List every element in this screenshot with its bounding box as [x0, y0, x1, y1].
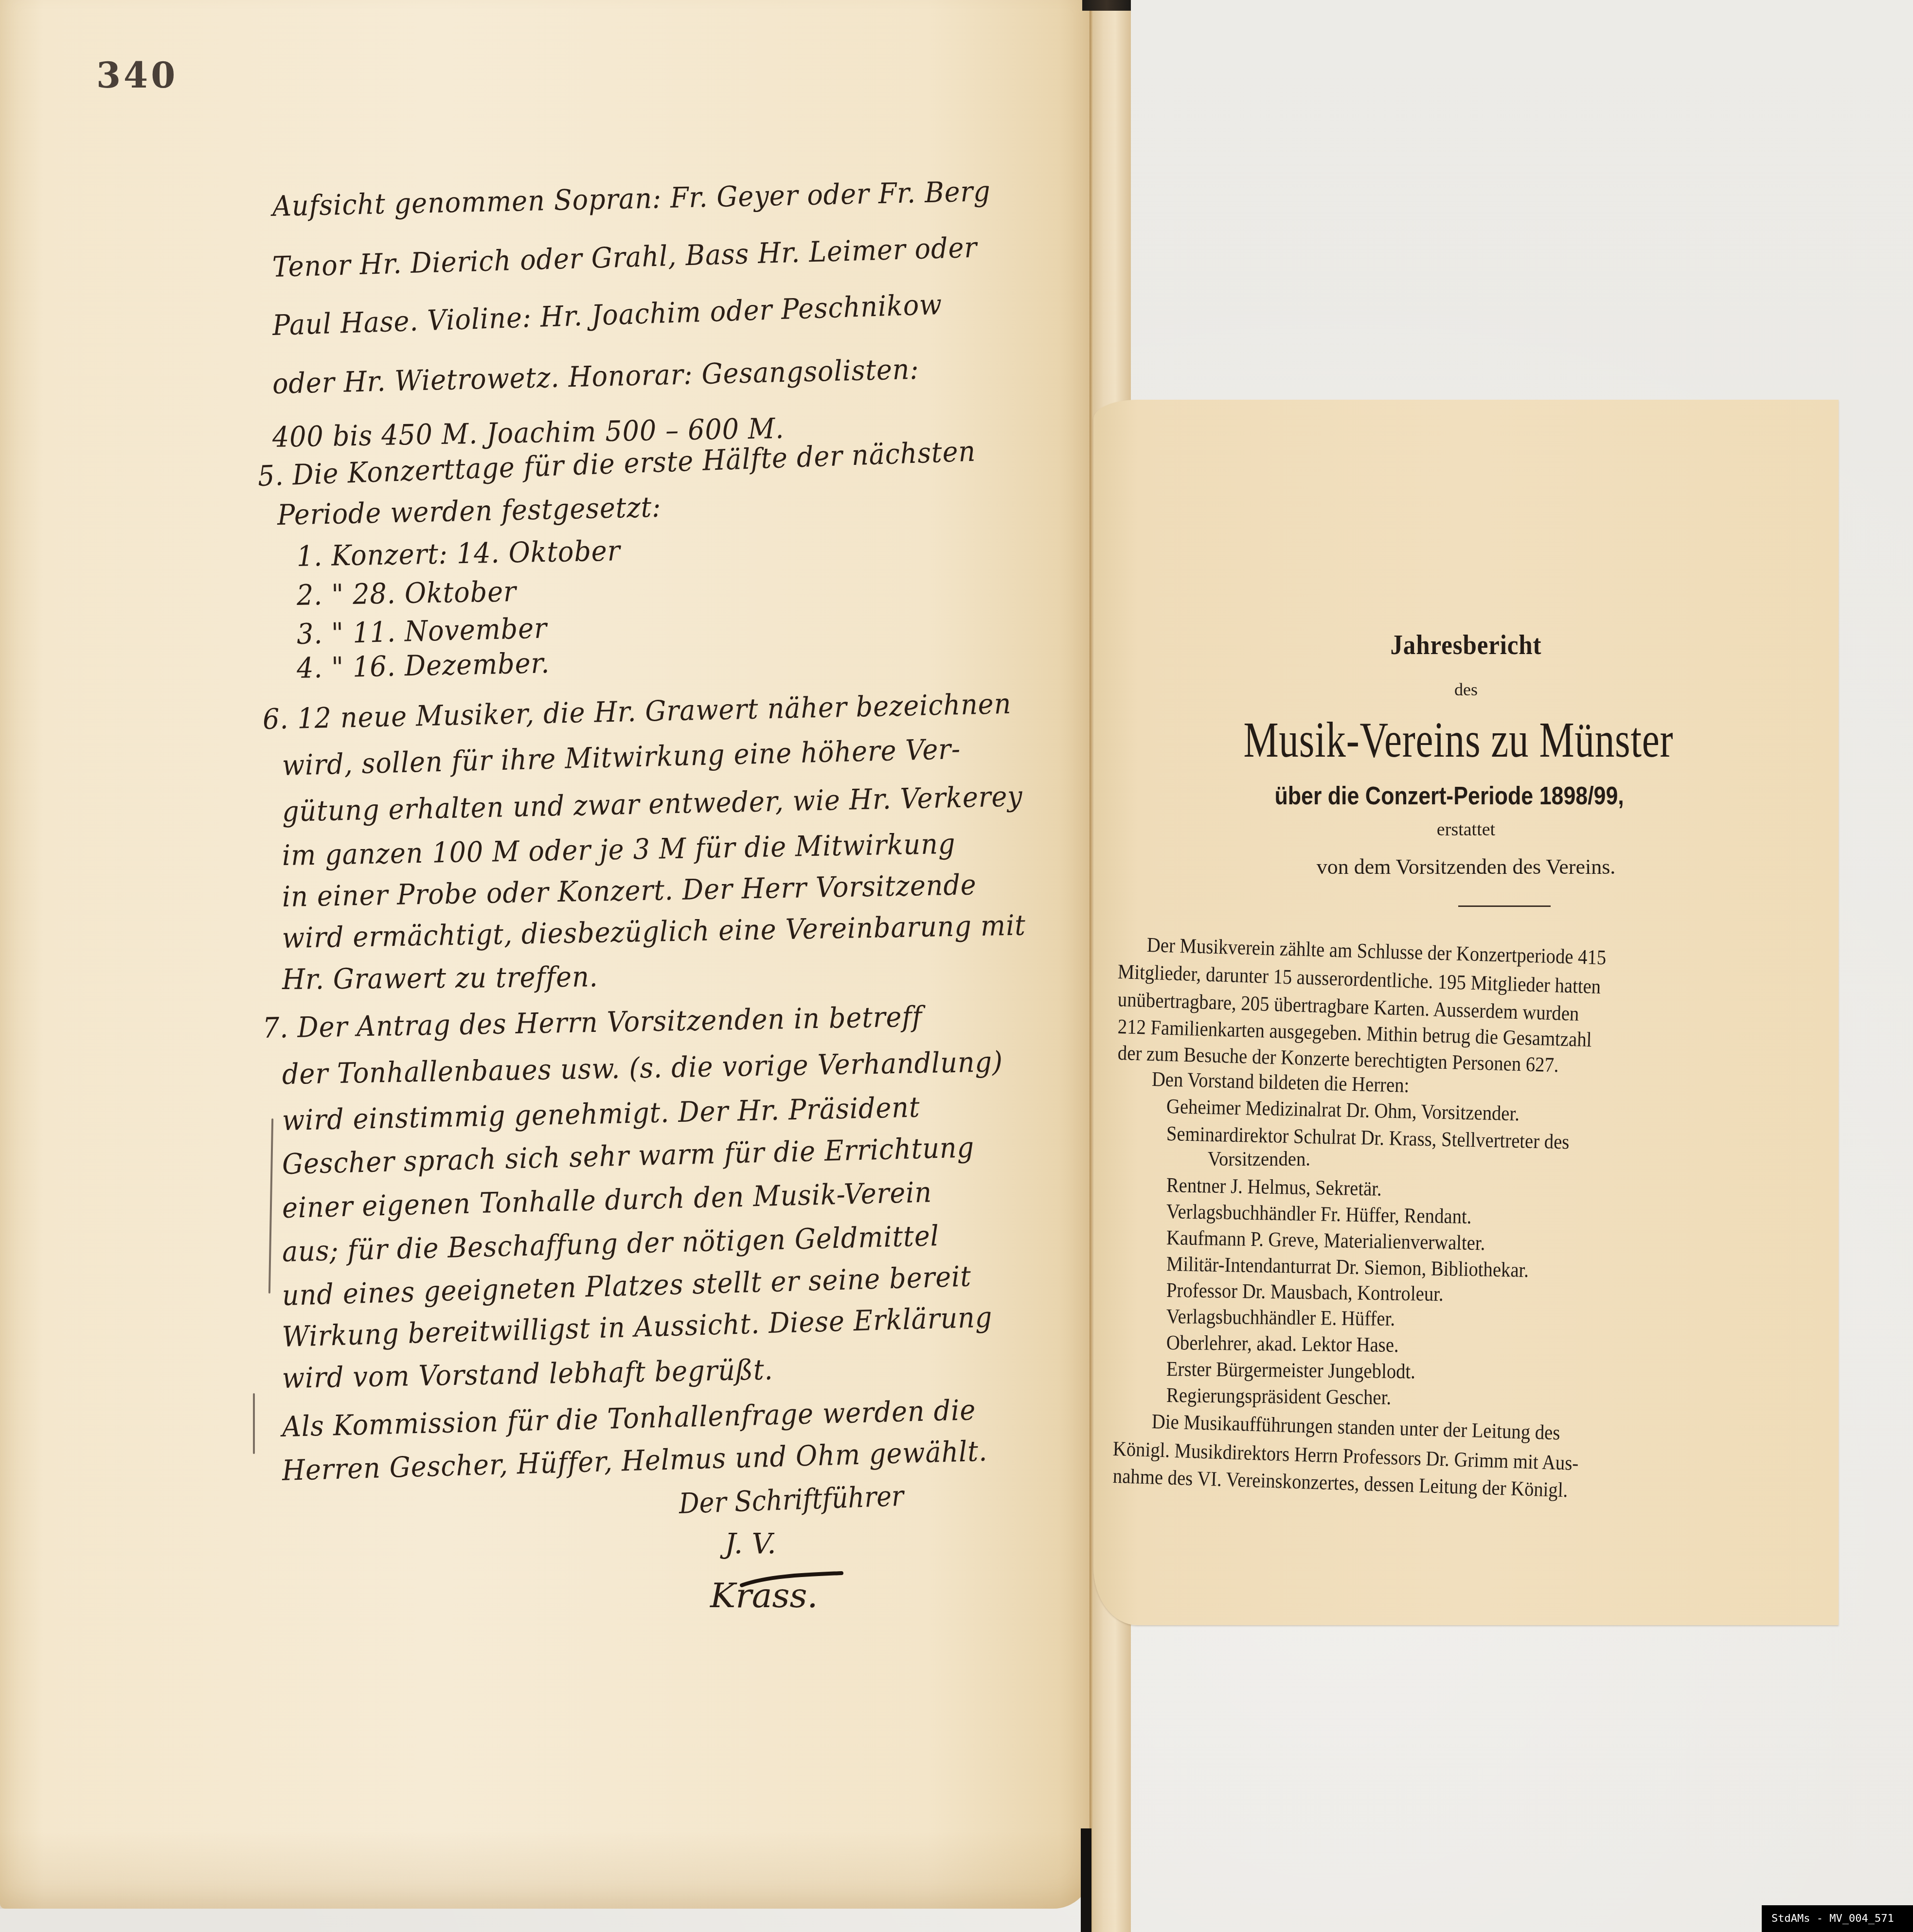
spine-top-binding: [1082, 0, 1131, 11]
report-des: des: [1093, 679, 1839, 700]
report-title: Jahresbericht: [1138, 628, 1794, 661]
report-line: Die Musikaufführungen standen unter der …: [1151, 1411, 1560, 1443]
handwritten-line: Gescher sprach sich sehr warm für die Er…: [282, 1133, 974, 1178]
pencil-margin-mark: [253, 1393, 255, 1454]
report-line: Kaufmann P. Greve, Materialienverwalter.: [1166, 1227, 1485, 1254]
handwritten-line: wird einstimmig genehmigt. Der Hr. Präsi…: [282, 1093, 920, 1134]
handwritten-line: aus; für die Beschaffung der nötigen Gel…: [282, 1222, 939, 1266]
handwritten-line: einer eigenen Tonhalle durch den Musik-V…: [282, 1178, 932, 1222]
report-line: Verlagsbuchhändler Fr. Hüffer, Rendant.: [1166, 1201, 1472, 1227]
report-period: über die Conzert-Periode 1898/99,: [1129, 781, 1770, 811]
handwritten-line: Hr. Grawert zu treffen.: [282, 962, 598, 993]
report-author: von dem Vorsitzenden des Vereins.: [1093, 854, 1839, 879]
report-line: Regierungspräsident Gescher.: [1166, 1385, 1392, 1408]
report-line: Oberlehrer, akad. Lektor Hase.: [1166, 1332, 1399, 1356]
report-organization: Musik-Vereins zu Münster: [1168, 711, 1749, 769]
handwritten-line: 7. Der Antrag des Herrn Vorsitzenden in …: [262, 1002, 922, 1042]
handwritten-line: 6. 12 neue Musiker, die Hr. Grawert nähe…: [262, 690, 1011, 733]
handwritten-line: 4. " 16. Dezember.: [296, 649, 550, 682]
report-line: Militär-Intendanturrat Dr. Siemon, Bibli…: [1166, 1254, 1529, 1281]
handwritten-line: im ganzen 100 M oder je 3 M für die Mitw…: [282, 830, 955, 869]
spine-bottom-binding: [1081, 1828, 1091, 1932]
handwritten-line: und eines geeigneten Platzes stellt er s…: [282, 1262, 971, 1310]
handwritten-ledger-page: 340 Aufsicht genommen Sopran: Fr. Geyer …: [0, 0, 1092, 1909]
handwritten-line: Herren Gescher, Hüffer, Helmus und Ohm g…: [282, 1437, 988, 1485]
report-line: Professor Dr. Mausbach, Kontroleur.: [1166, 1280, 1444, 1305]
handwritten-line: 3. " 11. November: [296, 614, 547, 648]
pasted-annual-report: Jahresbericht des Musik-Vereins zu Münst…: [1093, 400, 1839, 1625]
handwritten-line: Paul Hase. Violine: Hr. Joachim oder Pes…: [272, 290, 943, 339]
handwritten-line: wird ermächtigt, diesbezüglich eine Vere…: [282, 911, 1026, 952]
report-line: Rentner J. Helmus, Sekretär.: [1166, 1175, 1382, 1200]
signature-flourish-icon: [739, 1571, 846, 1590]
page-edge: [1090, 0, 1092, 1932]
archive-reference-label: StdAMs - MV_004_571: [1762, 1905, 1913, 1932]
handwritten-line: Periode werden festgesetzt:: [277, 493, 662, 529]
handwritten-line: gütung erhalten und zwar entweder, wie H…: [282, 782, 1023, 826]
handwritten-line: oder Hr. Wietrowetz. Honorar: Gesangsoli…: [272, 355, 919, 398]
report-line: Verlagsbuchhändler E. Hüffer.: [1166, 1306, 1395, 1329]
handwritten-line: der Tonhallenbaues usw. (s. die vorige V…: [282, 1047, 1003, 1088]
report-divider: [1458, 905, 1551, 907]
handwritten-line: wird, sollen für ihre Mitwirkung eine hö…: [282, 735, 961, 780]
handwritten-line: in einer Probe oder Konzert. Der Herr Vo…: [282, 870, 977, 911]
handwritten-line: wird vom Vorstand lebhaft begrüßt.: [282, 1355, 773, 1392]
handwritten-line: 1. Konzert: 14. Oktober: [296, 536, 620, 570]
report-line: Den Vorstand bildeten die Herren:: [1151, 1069, 1409, 1096]
handwritten-line: Tenor Hr. Dierich oder Grahl, Bass Hr. L…: [272, 233, 978, 281]
report-line: Erster Bürgermeister Jungeblodt.: [1166, 1359, 1415, 1382]
pencil-margin-mark: [268, 1118, 273, 1294]
handwritten-line: Als Kommission für die Tonhallenfrage we…: [282, 1396, 976, 1441]
page-number: 340: [96, 54, 178, 96]
report-erstattet: erstattet: [1093, 819, 1839, 840]
signature-abbrev: J. V.: [725, 1527, 776, 1560]
signature-role: Der Schriftführer: [679, 1479, 904, 1520]
report-line: Geheimer Medizinalrat Dr. Ohm, Vorsitzen…: [1166, 1096, 1520, 1124]
handwritten-line: Wirkung bereitwilligst in Aussicht. Dies…: [282, 1303, 993, 1351]
report-line: Vorsitzenden.: [1208, 1149, 1310, 1170]
handwritten-line: 2. " 28. Oktober: [296, 577, 517, 609]
handwritten-line: Aufsicht genommen Sopran: Fr. Geyer oder…: [272, 177, 991, 220]
